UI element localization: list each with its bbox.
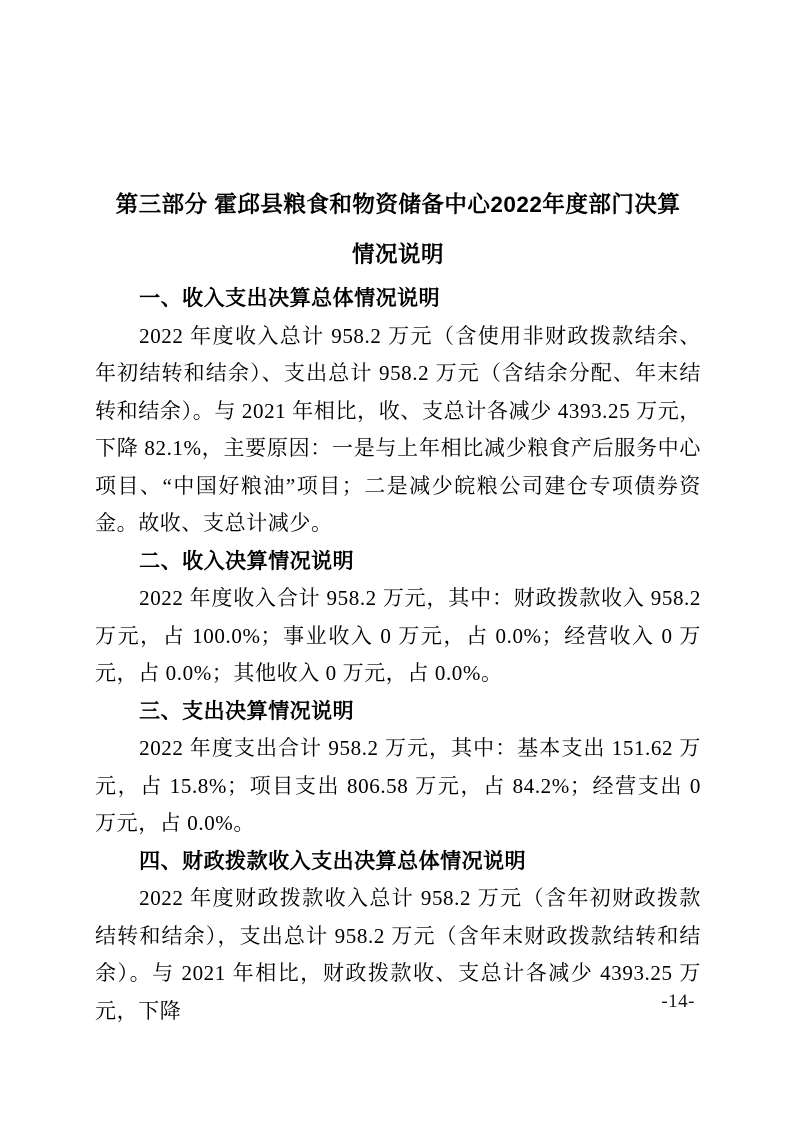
document-title-line-1: 第三部分 霍邱县粮食和物资储备中心2022年度部门决算 bbox=[95, 180, 701, 230]
section-fiscal-appropriation-overview: 四、财政拨款收入支出决算总体情况说明 2022 年度财政拨款收入总计 958.2… bbox=[95, 843, 701, 1031]
document-title-line-2: 情况说明 bbox=[95, 230, 701, 280]
section-income-expenditure-overview: 一、收入支出决算总体情况说明 2022 年度收入总计 958.2 万元（含使用非… bbox=[95, 280, 701, 543]
section-expenditure-details: 三、支出决算情况说明 2022 年度支出合计 958.2 万元，其中：基本支出 … bbox=[95, 693, 701, 843]
section-4-heading: 四、财政拨款收入支出决算总体情况说明 bbox=[95, 843, 701, 881]
section-3-paragraph: 2022 年度支出合计 958.2 万元，其中：基本支出 151.62 万元，占… bbox=[95, 730, 701, 843]
page-number: -14- bbox=[661, 991, 695, 1013]
document-page: 第三部分 霍邱县粮食和物资储备中心2022年度部门决算 情况说明 一、收入支出决… bbox=[0, 0, 793, 1122]
section-3-heading: 三、支出决算情况说明 bbox=[95, 693, 701, 731]
section-4-paragraph: 2022 年度财政拨款收入总计 958.2 万元（含年初财政拨款结转和结余），支… bbox=[95, 880, 701, 1030]
section-2-heading: 二、收入决算情况说明 bbox=[95, 543, 701, 581]
document-title: 第三部分 霍邱县粮食和物资储备中心2022年度部门决算 情况说明 bbox=[95, 180, 701, 280]
section-1-heading: 一、收入支出决算总体情况说明 bbox=[95, 280, 701, 318]
section-income-details: 二、收入决算情况说明 2022 年度收入合计 958.2 万元，其中：财政拨款收… bbox=[95, 543, 701, 693]
section-2-paragraph: 2022 年度收入合计 958.2 万元，其中：财政拨款收入 958.2 万元，… bbox=[95, 580, 701, 693]
section-1-paragraph: 2022 年度收入总计 958.2 万元（含使用非财政拨款结余、年初结转和结余）… bbox=[95, 318, 701, 543]
